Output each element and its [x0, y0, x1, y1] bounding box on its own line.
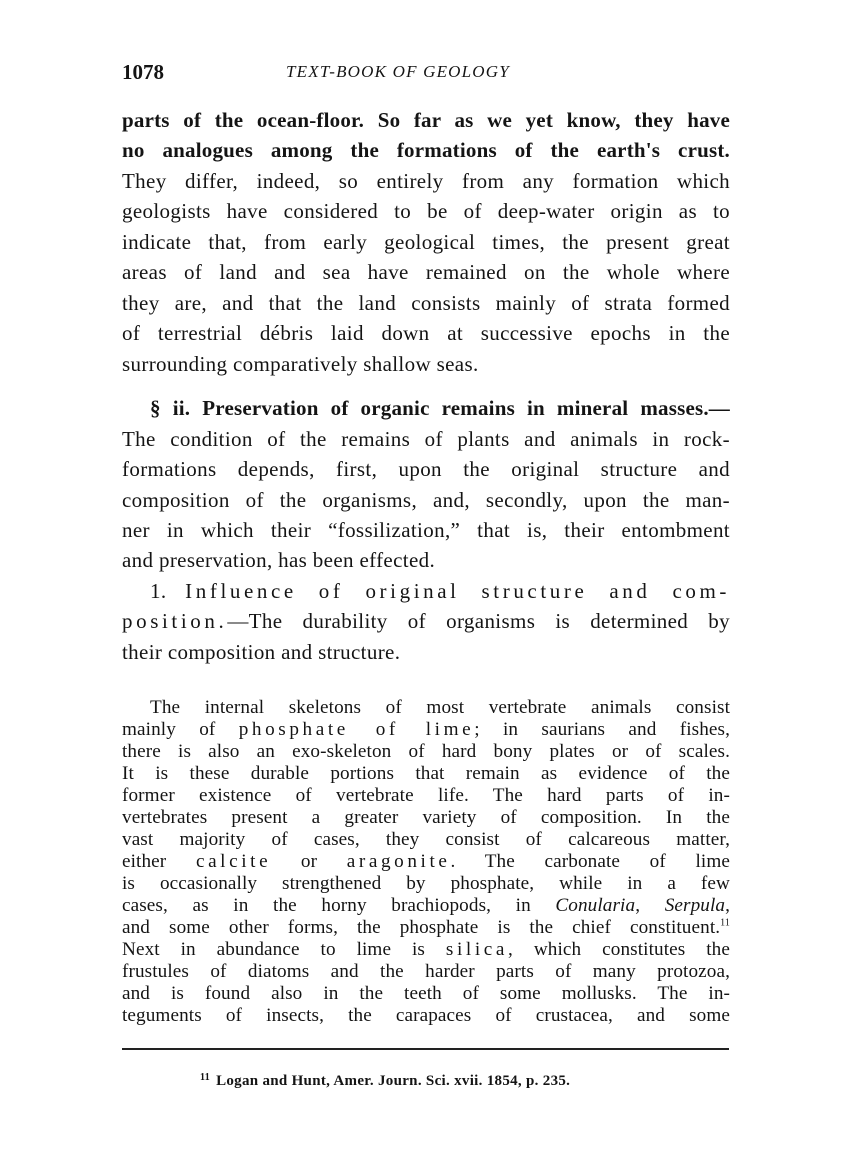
running-head: 1078 TEXT-BOOK OF GEOLOGY [122, 60, 732, 90]
text-span: , [635, 895, 665, 916]
subsection-heading: 1. Influence of original structure and c… [150, 579, 730, 604]
text-line: It is these durable portions that remain… [122, 763, 730, 785]
genus-name: Serpula [665, 895, 725, 916]
genus-name: Conularia [555, 895, 635, 916]
footnote: 11Logan and Hunt, Amer. Journ. Sci. xvii… [200, 1072, 570, 1090]
text-line: former existence of vertebrate life. The… [122, 785, 730, 807]
text-span: , [725, 895, 730, 916]
footnote-text: Logan and Hunt, Amer. Journ. Sci. xvii. … [216, 1073, 570, 1089]
text-span: . The carbonate of lime [451, 851, 730, 872]
text-line: cases, as in the horny brachiopods, in C… [122, 895, 730, 917]
footnote-reference[interactable]: 11 [720, 918, 730, 929]
text-line: areas of land and sea have remained on t… [122, 260, 730, 285]
subsection-title: Influence of original structure and com- [185, 579, 730, 603]
text-line: They differ, indeed, so entirely from an… [122, 169, 730, 194]
emphasis-term: aragonite [347, 851, 451, 872]
text-span: and some other forms, the phosphate is t… [122, 917, 720, 938]
emphasis-term: phosphate of lime [239, 719, 475, 740]
text-line: they are, and that the land consists mai… [122, 291, 730, 316]
text-line: teguments of insects, the carapaces of c… [122, 1005, 730, 1027]
text-line: geologists have considered to be of deep… [122, 199, 730, 224]
section-title: Preservation of organic remains in miner… [202, 396, 730, 420]
page-number: 1078 [122, 60, 164, 85]
text-span: or [271, 851, 347, 872]
text-line: mainly of phosphate of lime; in saurians… [122, 719, 730, 741]
text-line: no analogues among the formations of the… [122, 138, 730, 163]
emphasis-term: calcite [196, 851, 271, 872]
section-heading: § ii. Preservation of organic remains in… [150, 396, 730, 421]
text-line: frustules of diatoms and the harder part… [122, 961, 730, 983]
section-marker: § ii. [150, 396, 190, 420]
text-line: The condition of the remains of plants a… [122, 427, 730, 452]
text-span: , which constitutes the [508, 939, 730, 960]
text-line: of terrestrial débris laid down at succe… [122, 321, 730, 346]
text-line: vast majority of cases, they consist of … [122, 829, 730, 851]
text-line: indicate that, from early geological tim… [122, 230, 730, 255]
text-line: and preservation, has been effected. [122, 548, 730, 573]
text-line: composition of the organisms, and, secon… [122, 488, 730, 513]
subsection-number: 1. [150, 579, 166, 603]
text-line: their composition and structure. [122, 640, 730, 665]
text-line: is occasionally strengthened by phosphat… [122, 873, 730, 895]
text-line: position.—The durability of organisms is… [122, 609, 730, 634]
footnote-mark: 11 [200, 1072, 210, 1083]
text-line: either calcite or aragonite. The carbona… [122, 851, 730, 873]
text-line: and some other forms, the phosphate is t… [122, 917, 730, 939]
text-span: Next in abundance to lime is [122, 939, 446, 960]
text-line: vertebrates present a greater variety of… [122, 807, 730, 829]
text-line: surrounding comparatively shallow seas. [122, 352, 730, 377]
text-line: and is found also in the teeth of some m… [122, 983, 730, 1005]
text-span: cases, as in the horny brachiopods, in [122, 895, 555, 916]
text-line: parts of the ocean-floor. So far as we y… [122, 108, 730, 133]
text-span: —The durability of organisms is determin… [227, 609, 730, 633]
book-page: 1078 TEXT-BOOK OF GEOLOGY parts of the o… [0, 0, 850, 1150]
text-span: mainly of [122, 719, 239, 740]
text-span: ; in saurians and fishes, [474, 719, 730, 740]
text-line: formations depends, first, upon the orig… [122, 457, 730, 482]
subsection-title-cont: position. [122, 609, 227, 633]
text-line: there is also an exo-skeleton of hard bo… [122, 741, 730, 763]
text-line: Next in abundance to lime is silica, whi… [122, 939, 730, 961]
text-line: ner in which their “fossilization,” that… [122, 518, 730, 543]
text-span: either [122, 851, 196, 872]
text-line: The internal skeletons of most vertebrat… [150, 697, 730, 719]
running-title: TEXT-BOOK OF GEOLOGY [286, 62, 510, 82]
footnote-divider [122, 1048, 729, 1050]
emphasis-term: silica [446, 939, 508, 960]
